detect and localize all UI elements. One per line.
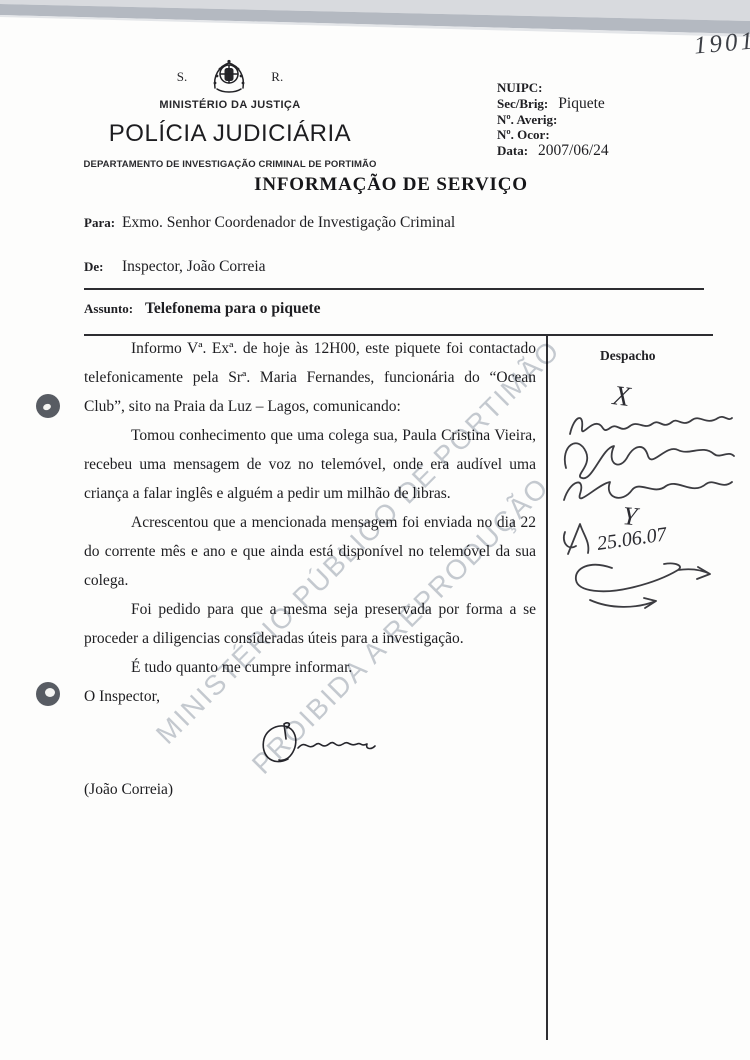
recipient-line: Para:Exmo. Senhor Coordenador de Investi…: [84, 214, 455, 232]
field-sec-brig: Sec/Brig:Piquete: [497, 96, 609, 112]
inspector-signature: [254, 717, 384, 775]
department-name: DEPARTAMENTO DE INVESTIGAÇÃO CRIMINAL DE…: [80, 159, 380, 170]
handwritten-note-line: [570, 417, 732, 434]
handwritten-initials: [564, 524, 589, 554]
ministry-name: MINISTÉRIO DA JUSTIÇA: [80, 99, 380, 111]
paragraph: É tudo quanto me cumpre informar.: [84, 653, 536, 682]
paragraph: Foi pedido para que a mesma seja preserv…: [84, 595, 536, 653]
subject-line: Assunto:Telefonema para o piquete: [84, 300, 321, 318]
field-num-averig: Nº. Averig:: [497, 112, 609, 128]
handwritten-arrow: [590, 598, 656, 608]
assunto-value: Telefonema para o piquete: [145, 300, 321, 317]
crest-line: S. R.: [80, 58, 380, 96]
document-title: INFORMAÇÃO DE SERVIÇO: [84, 174, 698, 196]
de-value: Inspector, João Correia: [122, 258, 266, 275]
vertical-divider: [546, 334, 548, 1040]
horizontal-rule-top: [84, 288, 704, 290]
handwritten-flourish: [576, 563, 710, 591]
handwritten-signature-line-1: [565, 443, 734, 478]
sender-line: De:Inspector, João Correia: [84, 258, 266, 276]
handwritten-signature-line-2: [564, 482, 732, 500]
signature-name: (João Correia): [84, 775, 536, 804]
despacho-heading: Despacho: [600, 348, 656, 364]
paragraph: Informo Vª. Exª. de hoje às 12H00, este …: [84, 334, 536, 421]
closing-line: O Inspector,: [84, 682, 536, 711]
crest-left-initial: S.: [177, 69, 187, 85]
para-label: Para:: [84, 215, 122, 231]
handwritten-date: 25.06.07: [596, 523, 669, 555]
scanned-document-page: 1901 S. R. MINISTÉRIO DA JUSTIÇA POLÍCIA…: [0, 0, 750, 1060]
coat-of-arms-icon: [207, 58, 251, 96]
de-label: De:: [84, 259, 122, 275]
document-body: Informo Vª. Exª. de hoje às 12H00, este …: [84, 334, 536, 804]
crest-right-initial: R.: [271, 69, 283, 85]
case-reference-fields: NUIPC: Sec/Brig:Piquete Nº. Averig: Nº. …: [497, 80, 609, 159]
paragraph: Tomou conhecimento que uma colega sua, P…: [84, 421, 536, 508]
hole-punch-bottom: [36, 682, 60, 706]
para-value: Exmo. Senhor Coordenador de Investigação…: [122, 214, 455, 231]
hole-punch-top: [36, 394, 60, 418]
letterhead: S. R. MINISTÉRIO DA JUSTIÇA POLÍCIA JUDI…: [80, 58, 380, 170]
field-num-ocor: Nº. Ocor:: [497, 127, 609, 143]
organization-name: POLÍCIA JUDICIÁRIA: [80, 120, 380, 148]
handwritten-mark-x: X: [610, 380, 633, 413]
handwritten-page-number: 1901: [693, 27, 750, 60]
paragraph: Acrescentou que a mencionada mensagem fo…: [84, 508, 536, 595]
field-data: Data:2007/06/24: [497, 143, 609, 159]
assunto-label: Assunto:: [84, 301, 145, 317]
despacho-handwriting: X Y 25.06.07: [560, 372, 740, 617]
field-nuipc: NUIPC:: [497, 80, 609, 96]
scan-edge-artifact: [0, 0, 750, 45]
